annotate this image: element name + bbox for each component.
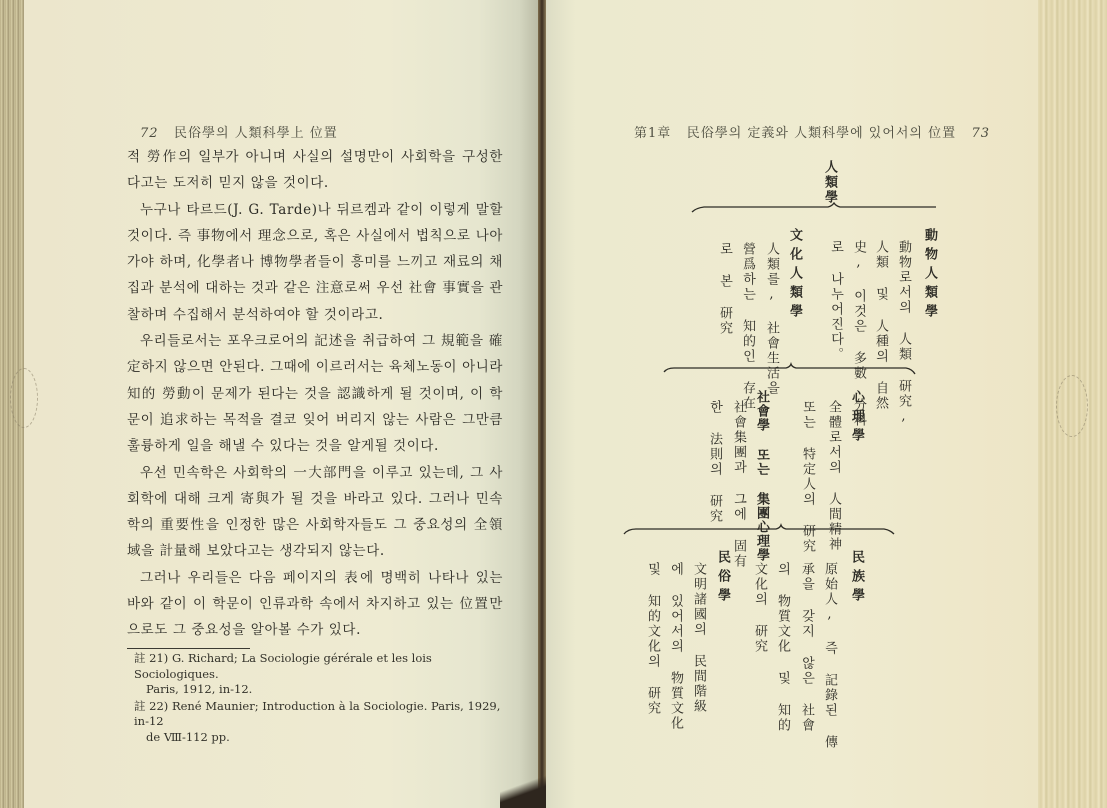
paragraph: 누구나 타르드(J. G. Tarde)나 뒤르켐과 같이 이렇게 말할 것이다…: [127, 197, 503, 328]
library-stamp: [10, 368, 38, 428]
branch-line: 營爲하는 知的인 存在: [740, 242, 754, 411]
middle-brace-2: [622, 522, 898, 538]
footnote-text-cont: de Ⅷ-112 pp.: [134, 730, 504, 746]
paragraph: 우리들로서는 포우크로어의 記述을 취급하여 그 規範을 確定하지 않으면 안된…: [127, 328, 503, 459]
footnote-marker: 註 22): [134, 699, 168, 713]
branch-heading-physical-anthropology: 動物人類學: [922, 228, 936, 323]
branch-heading-psychology: 心理學: [849, 390, 863, 447]
top-brace: [690, 200, 940, 216]
branch-line: 로 나누어진다。: [828, 240, 842, 362]
branch-line: 人類 및 人種의 自然: [873, 240, 887, 411]
footnote-21: 註 21) G. Richard; La Sociologie gérérale…: [134, 651, 504, 698]
footnote-text: René Maunier; Introduction à la Sociolog…: [134, 699, 500, 729]
right-page-edges: [1038, 0, 1107, 808]
left-running-head: 72 民俗學의 人類科學上 位置: [140, 122, 338, 141]
book-gutter: [538, 0, 546, 808]
left-running-title: 民俗學의 人類科學上 位置: [174, 126, 338, 141]
middle-brace-1: [662, 362, 918, 376]
footnotes: 註 21) G. Richard; La Sociologie gérérale…: [134, 651, 504, 746]
open-book-scan: 72 民俗學의 人類科學上 位置 적 勞作의 일부가 아니며 사실의 설명만이 …: [0, 0, 1107, 808]
branch-line: 社會集團과 그에 固有: [731, 400, 745, 569]
footnote-text-cont: Paris, 1912, in-12.: [134, 682, 504, 698]
right-running-title: 民俗學의 定義와 人類科學에 있어서의 位置: [687, 126, 956, 141]
diagram-root: 人類學: [822, 160, 836, 205]
branch-heading-ethnology: 民族學: [849, 550, 863, 607]
branch-line: 에 있어서의 物質文化: [668, 562, 682, 731]
page-number-left: 72: [140, 126, 159, 141]
branch-heading-folklore: 民俗學: [715, 550, 729, 607]
branch-line: 原始人, 즉 記錄된 傳: [822, 562, 836, 750]
footnote-marker: 註 21): [134, 651, 168, 665]
branch-line: 로 본 研究: [717, 242, 731, 336]
branch-line: 動物로서의 人類 研究,: [896, 240, 910, 426]
branch-line: 및 知的文化의 研究: [645, 562, 659, 716]
library-stamp-right: [1056, 375, 1088, 437]
spine-shadow: [500, 770, 546, 808]
footnote-text: G. Richard; La Sociologie gérérale et le…: [134, 651, 432, 681]
page-number-right: 73: [972, 126, 991, 141]
branch-line: 文明諸國의 民間階級: [691, 562, 705, 714]
branch-line: 文化의 研究: [752, 562, 766, 654]
branch-line: 의 物質文化 및 知的: [775, 562, 789, 733]
paragraph: 우선 민속학은 사회학의 一大部門을 이루고 있는데, 그 사회학에 대해 크게…: [127, 460, 503, 565]
right-running-head: 第1章 民俗學의 定義와 人類科學에 있어서의 位置 73: [634, 122, 990, 141]
chapter-label: 第1章: [634, 126, 671, 141]
footnote-22: 註 22) René Maunier; Introduction à la So…: [134, 699, 504, 746]
branch-line: 한 法則의 研究: [707, 400, 721, 524]
footnote-divider: [127, 648, 250, 649]
branch-line: 承을 갖지 않은 社會: [799, 562, 813, 733]
branch-heading-cultural-anthropology: 文化人類學: [787, 228, 801, 323]
left-body-text: 적 勞作의 일부가 아니며 사실의 설명만이 사회학을 구성한다고는 도저히 믿…: [127, 144, 503, 644]
paragraph: 그러나 우리들은 다음 페이지의 表에 명백히 나타나 있는 바와 같이 이 학…: [127, 565, 503, 644]
paragraph: 적 勞作의 일부가 아니며 사실의 설명만이 사회학을 구성한다고는 도저히 믿…: [127, 144, 503, 197]
